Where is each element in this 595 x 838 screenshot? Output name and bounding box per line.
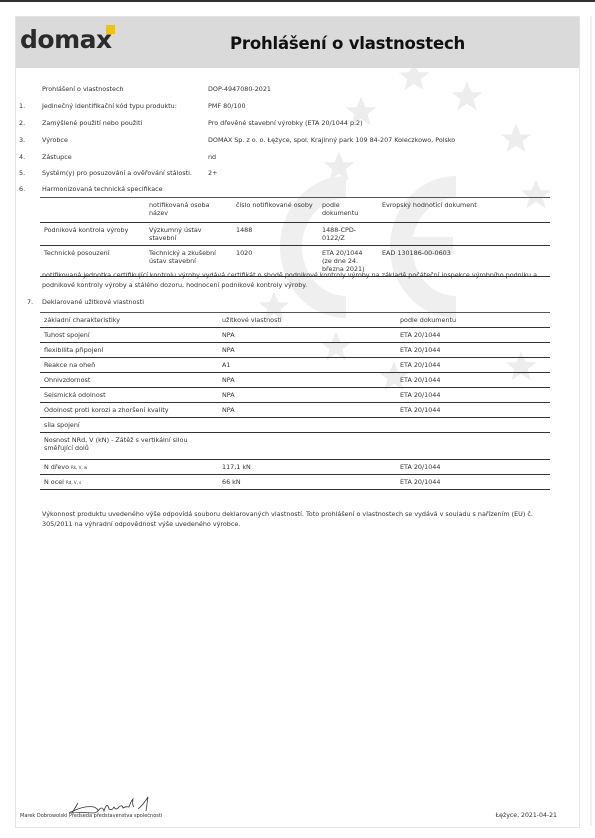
- declaration-label: Prohlášení o vlastnostech: [42, 85, 124, 93]
- scrollbar[interactable]: [590, 16, 592, 826]
- section7-title: Deklarované užitkové vlastnosti: [42, 298, 144, 306]
- characteristic-text: síla spojení: [44, 421, 80, 429]
- item-number: 1.: [19, 102, 25, 110]
- column-header: podle dokumentu: [318, 198, 378, 223]
- characteristic-text: Odolnost proti korozi a zhoršení kvality: [44, 406, 169, 414]
- item-label: Výrobce: [42, 136, 68, 144]
- item-value: DOMAX Sp. z o. o. Łężyce, spol. Krajinný…: [208, 136, 455, 144]
- document-cell: ETA 20/1044: [396, 388, 550, 403]
- document-cell: ETA 20/1044: [396, 460, 550, 475]
- characteristic-cell: Ohnivzdornost: [40, 373, 218, 388]
- column-header: číslo notifikované osoby: [232, 198, 318, 223]
- item-number: 3.: [19, 136, 25, 144]
- performance-cell: NPA: [218, 388, 396, 403]
- performance-cell: A1: [218, 358, 396, 373]
- window-top-border: [0, 0, 595, 2]
- place-date: Łężyce, 2021-04-21: [496, 812, 557, 819]
- characteristic-text: Tuhost spojení: [44, 331, 90, 339]
- table-row: Seismická odolnostNPAETA 20/1044: [40, 388, 550, 403]
- document-cell: [396, 418, 550, 433]
- characteristic-cell: Reakce na oheň: [40, 358, 218, 373]
- document-body: Prohlášení o vlastnostech DOP-4947080-20…: [16, 17, 579, 827]
- document-cell: ETA 20/1044: [396, 358, 550, 373]
- characteristic-cell: síla spojení: [40, 418, 218, 433]
- item-value: 2+: [208, 169, 217, 177]
- item-label: Systém(y) pro posuzování a ověřování stá…: [42, 169, 192, 177]
- item-number: 2.: [19, 119, 25, 127]
- table-header-row: základní charakteristikyužitkové vlastno…: [40, 313, 550, 328]
- item-label: Zástupce: [42, 153, 72, 161]
- characteristic-text: Reakce na oheň: [44, 361, 95, 369]
- item-label: Zamýšlené použití nebo použití: [42, 119, 142, 127]
- column-header: notifikovaná osoba název: [145, 198, 232, 223]
- item-value: nd: [208, 153, 216, 161]
- characteristic-cell: N ocel Rd, V, s: [40, 475, 218, 490]
- table-cell: [378, 223, 550, 246]
- characteristic-cell: flexibilita připojení: [40, 343, 218, 358]
- characteristic-text: N ocel: [44, 478, 64, 486]
- item-label: Harmonizovaná technická specifikace: [42, 185, 163, 193]
- document-cell: ETA 20/1044: [396, 328, 550, 343]
- document-cell: ETA 20/1044: [396, 475, 550, 490]
- column-header: Evropský hodnotící dokument: [378, 198, 550, 223]
- spec-table: notifikovaná osoba názevčíslo notifikova…: [40, 197, 550, 277]
- table-header-row: notifikovaná osoba názevčíslo notifikova…: [40, 198, 550, 223]
- column-header: [40, 198, 145, 223]
- performance-cell: NPA: [218, 328, 396, 343]
- table-cell: Podniková kontrola výroby: [40, 223, 145, 246]
- characteristic-text: Ohnivzdornost: [44, 376, 90, 384]
- conclusion-text: Výkonnost produktu uvedeného výše odpoví…: [42, 510, 557, 529]
- characteristic-text: Nosnost NRd, V (kN) - Zátěž s vertikální…: [44, 436, 188, 452]
- section7-number: 7.: [27, 298, 33, 306]
- table-row: Podniková kontrola výrobyVýzkumný ústav …: [40, 223, 550, 246]
- properties-table: základní charakteristikyužitkové vlastno…: [40, 312, 550, 490]
- performance-cell: 117,1 kN: [218, 460, 396, 475]
- performance-cell: [218, 433, 396, 460]
- characteristic-cell: Tuhost spojení: [40, 328, 218, 343]
- signer-name: Marek Dobrowolski Předseda představenstv…: [20, 813, 162, 819]
- column-header: podle dokumentu: [396, 313, 550, 328]
- table-row: N ocel Rd, V, s66 kNETA 20/1044: [40, 475, 550, 490]
- characteristic-text: N dřevo: [44, 463, 69, 471]
- characteristic-cell: Nosnost NRd, V (kN) - Zátěž s vertikální…: [40, 433, 218, 460]
- characteristic-subscript: Rk, V, w: [71, 465, 87, 470]
- table-row: Tuhost spojeníNPAETA 20/1044: [40, 328, 550, 343]
- declaration-number: DOP-4947080-2021: [208, 85, 271, 93]
- characteristic-text: Seismická odolnost: [44, 391, 106, 399]
- characteristic-cell: N dřevo Rk, V, w: [40, 460, 218, 475]
- item-value: Pro dřevěné stavební výrobky (ETA 20/104…: [208, 119, 363, 127]
- performance-cell: NPA: [218, 343, 396, 358]
- table-cell: 1488-CPD-0122/Z: [318, 223, 378, 246]
- performance-cell: NPA: [218, 403, 396, 418]
- table-row: OhnivzdornostNPAETA 20/1044: [40, 373, 550, 388]
- item-number: 5.: [19, 169, 25, 177]
- characteristic-cell: Odolnost proti korozi a zhoršení kvality: [40, 403, 218, 418]
- item-number: 4.: [19, 153, 25, 161]
- table-row: síla spojení: [40, 418, 550, 433]
- table-row: Odolnost proti korozi a zhoršení kvality…: [40, 403, 550, 418]
- table-cell: 1488: [232, 223, 318, 246]
- document-cell: ETA 20/1044: [396, 373, 550, 388]
- characteristic-cell: Seismická odolnost: [40, 388, 218, 403]
- performance-cell: NPA: [218, 373, 396, 388]
- performance-cell: 66 kN: [218, 475, 396, 490]
- column-header: užitkové vlastnosti: [218, 313, 396, 328]
- table-row: N dřevo Rk, V, w117,1 kNETA 20/1044: [40, 460, 550, 475]
- table-row: flexibilita připojeníNPAETA 20/1044: [40, 343, 550, 358]
- table-row: Nosnost NRd, V (kN) - Zátěž s vertikální…: [40, 433, 550, 460]
- document-cell: [396, 433, 550, 460]
- document-page: domax Prohlášení o vlastnostech Prohláše…: [15, 16, 580, 828]
- column-header: základní charakteristiky: [40, 313, 218, 328]
- item-number: 6.: [19, 185, 25, 193]
- item-label: Jedinečný identifikační kód typu produkt…: [42, 102, 177, 110]
- characteristic-subscript: Rd, V, s: [66, 480, 81, 485]
- table-row: Reakce na oheňA1ETA 20/1044: [40, 358, 550, 373]
- table-cell: Výzkumný ústav stavební: [145, 223, 232, 246]
- document-cell: ETA 20/1044: [396, 403, 550, 418]
- performance-cell: [218, 418, 396, 433]
- characteristic-text: flexibilita připojení: [44, 346, 103, 354]
- spec-note: notifikovaná jednotka certifikující kont…: [42, 271, 552, 290]
- item-value: PMF 80/100: [208, 102, 246, 110]
- document-cell: ETA 20/1044: [396, 343, 550, 358]
